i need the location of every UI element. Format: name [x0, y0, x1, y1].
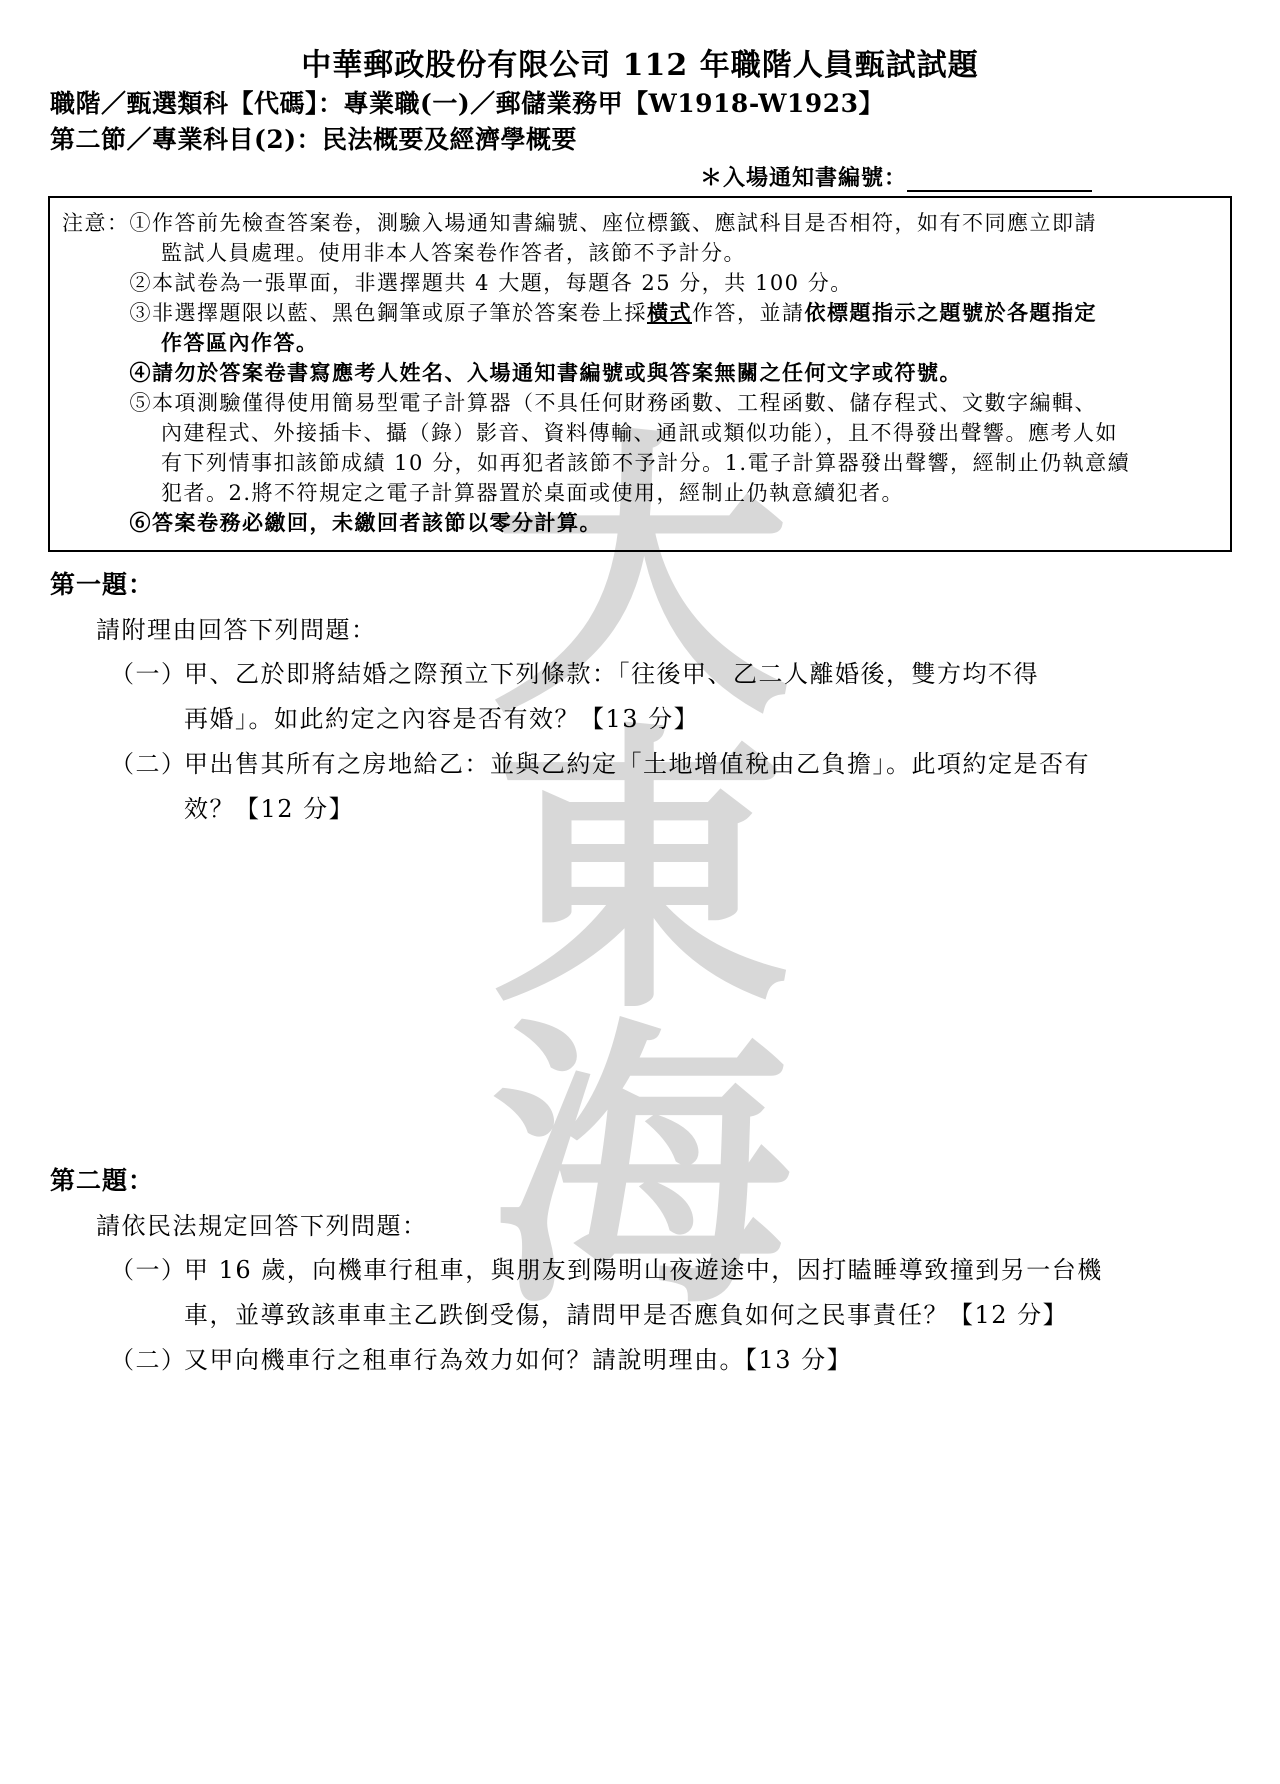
admission-number-row: ＊入場通知書編號： — [0, 162, 1280, 192]
question-2-item-2-text: 又甲向機車行之租車行為效力如何？請說明理由。【13 分】 — [184, 1338, 852, 1383]
notice-item-3-seg-2: 橫式 — [647, 300, 692, 325]
notice-item-1-line-2: 監試人員處理。使用非本人答案卷作答者，該節不予計分。 — [130, 238, 1131, 268]
question-1-intro: 請附理由回答下列問題： — [96, 608, 1280, 652]
doc-title: 中華郵政股份有限公司 112 年職階人員甄試試題 — [0, 40, 1280, 84]
question-2-item-1-text: 甲 16 歲，向機車行租車，與朋友到陽明山夜遊途中，因打瞌睡導致撞到另一台機 車… — [184, 1248, 1103, 1338]
exam-paper-page: 大 東 海 中華郵政股份有限公司 112 年職階人員甄試試題 職階／甄選類科【代… — [0, 0, 1280, 1784]
notice-item-3-seg-1: ③非選擇題限以藍、黑色鋼筆或原子筆於答案卷上採 — [130, 301, 648, 325]
notice-item-6: ⑥答案卷務必繳回，未繳回者該節以零分計算。 — [130, 508, 1131, 538]
question-2-section: 第二題： 請依民法規定回答下列問題： （一） 甲 16 歲，向機車行租車，與朋友… — [0, 1164, 1280, 1383]
notice-item-3-seg-4: 依標題指示之題號於各題指定 — [805, 300, 1098, 325]
notice-item-5-line-3: 有下列情事扣該節成績 10 分，如再犯者該節不予計分。1.電子計算器發出聲響，經… — [130, 448, 1131, 478]
question-1-item-1-label: （一） — [110, 652, 184, 742]
question-1-item-1-line-2: 再婚」。如此約定之內容是否有效？【13 分】 — [184, 697, 1039, 742]
admission-number-label: ＊入場通知書編號： — [700, 161, 907, 192]
notice-box: 注意： ①作答前先檢查答案卷，測驗入場通知書編號、座位標籤、應試科目是否相符，如… — [48, 196, 1232, 552]
question-1-item-1-line-1: 甲、乙於即將結婚之際預立下列條款：「往後甲、乙二人離婚後，雙方均不得 — [184, 652, 1039, 697]
notice-label: 注意： — [62, 208, 130, 538]
question-2-item-1-line-2: 車，並導致該車車主乙跌倒受傷，請問甲是否應負如何之民事責任？【12 分】 — [184, 1293, 1103, 1338]
question-1-item-1-text: 甲、乙於即將結婚之際預立下列條款：「往後甲、乙二人離婚後，雙方均不得 再婚」。如… — [184, 652, 1039, 742]
question-2-item-2-line-1: 又甲向機車行之租車行為效力如何？請說明理由。【13 分】 — [184, 1338, 852, 1383]
admission-number-blank — [907, 166, 1092, 192]
notice-item-3-seg-3: 作答，並請 — [692, 301, 805, 325]
notice-item-4: ④請勿於答案卷書寫應考人姓名、入場通知書編號或與答案無關之任何文字或符號。 — [130, 358, 1131, 388]
question-1-item-2: （二） 甲出售其所有之房地給乙：並與乙約定「土地增值稅由乙負擔」。此項約定是否有… — [110, 742, 1280, 832]
question-2-item-2-label: （二） — [110, 1338, 184, 1383]
notice-item-5-line-2: 內建程式、外接插卡、攝（錄）影音、資料傳輸、通訊或類似功能），且不得發出聲響。應… — [130, 418, 1131, 448]
question-1-item-1: （一） 甲、乙於即將結婚之際預立下列條款：「往後甲、乙二人離婚後，雙方均不得 再… — [110, 652, 1280, 742]
notice-item-3-line-2: 作答區內作答。 — [130, 328, 1131, 358]
notice-row: 注意： ①作答前先檢查答案卷，測驗入場通知書編號、座位標籤、應試科目是否相符，如… — [62, 208, 1220, 538]
question-2-heading: 第二題： — [50, 1164, 1280, 1198]
question-2-intro: 請依民法規定回答下列問題： — [96, 1204, 1280, 1248]
question-1-item-2-line-1: 甲出售其所有之房地給乙：並與乙約定「土地增值稅由乙負擔」。此項約定是否有 — [184, 742, 1090, 787]
notice-item-3-line-1: ③非選擇題限以藍、黑色鋼筆或原子筆於答案卷上採橫式作答，並請依標題指示之題號於各… — [130, 298, 1131, 328]
section-subject-line: 第二節／專業科目(2)：民法概要及經濟學概要 — [50, 124, 1280, 156]
exam-category-line: 職階／甄選類科【代碼】：專業職(一)／郵儲業務甲【W1918-W1923】 — [50, 88, 1280, 120]
notice-item-1-line-1: ①作答前先檢查答案卷，測驗入場通知書編號、座位標籤、應試科目是否相符，如有不同應… — [130, 208, 1131, 238]
notice-item-2: ②本試卷為一張單面，非選擇題共 4 大題，每題各 25 分，共 100 分。 — [130, 268, 1131, 298]
question-1-item-2-line-2: 效？【12 分】 — [184, 787, 1090, 832]
notice-content: ①作答前先檢查答案卷，測驗入場通知書編號、座位標籤、應試科目是否相符，如有不同應… — [130, 208, 1131, 538]
document-content: 中華郵政股份有限公司 112 年職階人員甄試試題 職階／甄選類科【代碼】：專業職… — [0, 40, 1280, 1383]
notice-item-5-line-4: 犯者。2.將不符規定之電子計算器置於桌面或使用，經制止仍執意續犯者。 — [130, 478, 1131, 508]
question-2-item-1-line-1: 甲 16 歲，向機車行租車，與朋友到陽明山夜遊途中，因打瞌睡導致撞到另一台機 — [184, 1248, 1103, 1293]
question-1-item-2-text: 甲出售其所有之房地給乙：並與乙約定「土地增值稅由乙負擔」。此項約定是否有 效？【… — [184, 742, 1090, 832]
question-2-item-1: （一） 甲 16 歲，向機車行租車，與朋友到陽明山夜遊途中，因打瞌睡導致撞到另一… — [110, 1248, 1280, 1338]
question-2-item-1-label: （一） — [110, 1248, 184, 1338]
question-2-item-2: （二） 又甲向機車行之租車行為效力如何？請說明理由。【13 分】 — [110, 1338, 1280, 1383]
notice-item-5-line-1: ⑤本項測驗僅得使用簡易型電子計算器（不具任何財務函數、工程函數、儲存程式、文數字… — [130, 388, 1131, 418]
question-1-heading: 第一題： — [50, 568, 1280, 602]
question-1-item-2-label: （二） — [110, 742, 184, 832]
question-1-section: 第一題： 請附理由回答下列問題： （一） 甲、乙於即將結婚之際預立下列條款：「往… — [0, 568, 1280, 832]
